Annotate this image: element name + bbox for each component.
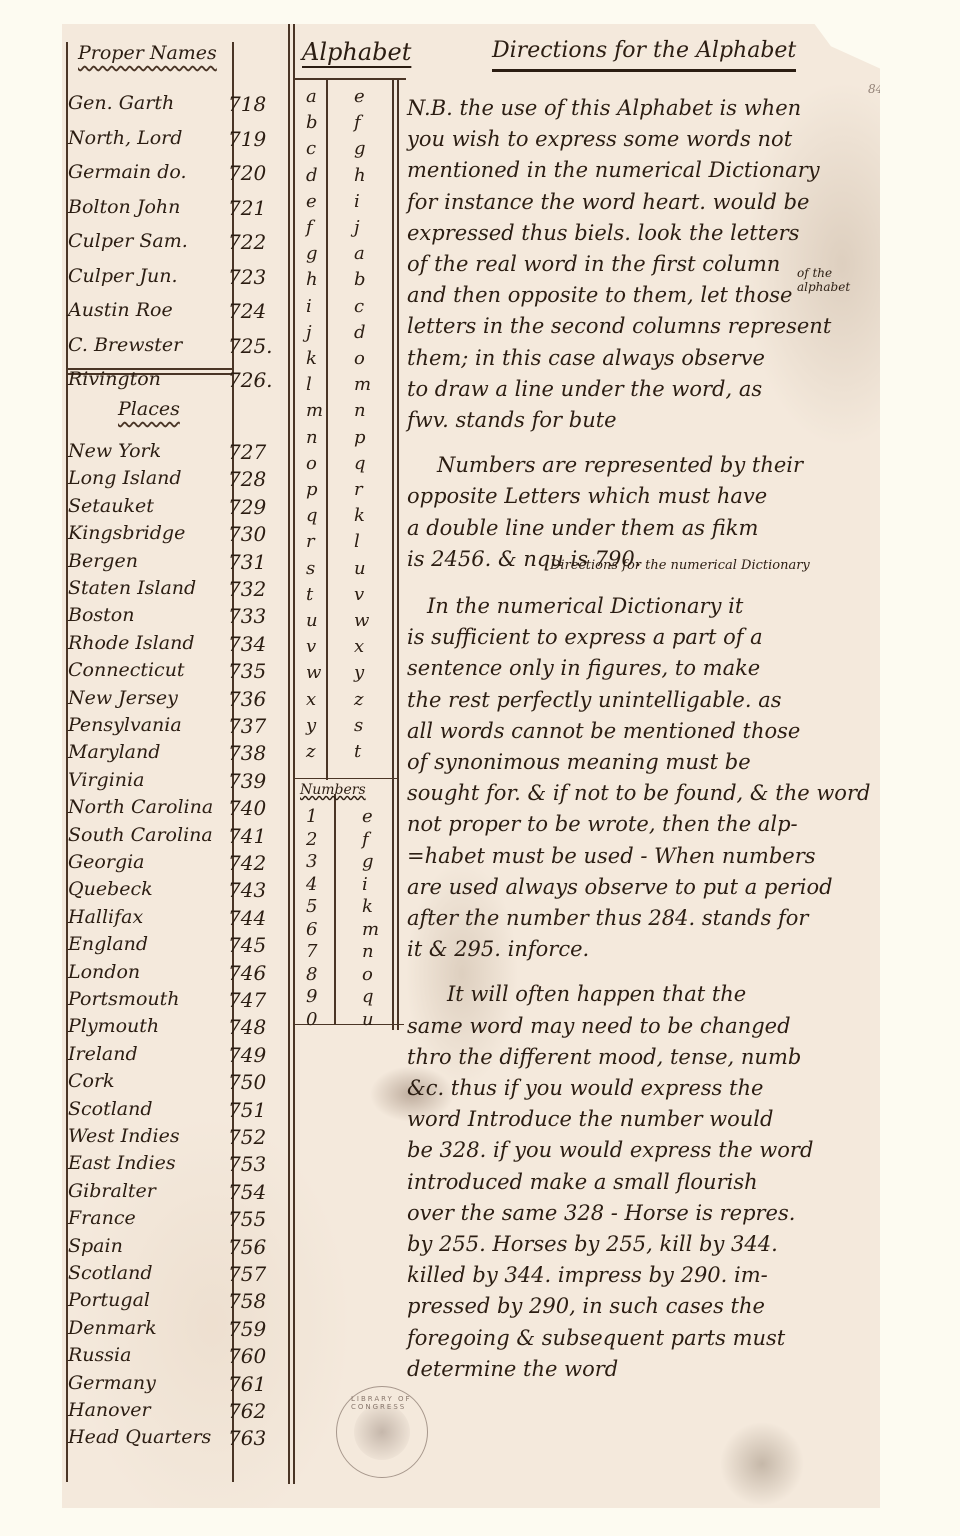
cipher-letter: j	[354, 217, 360, 238]
list-item: Quebeck743	[68, 880, 288, 899]
list-item: Long Island728	[68, 469, 288, 488]
entry-name: Culper Sam.	[68, 230, 188, 252]
list-item: South Carolina741	[68, 826, 288, 845]
plain-letter: c	[306, 138, 316, 159]
entry-number: 742	[228, 853, 266, 873]
folio-mark: 842	[868, 82, 891, 96]
entry-name: Russia	[68, 1344, 131, 1366]
insert-of-the-alphabet: of the alphabet	[797, 266, 880, 294]
digit: 2	[306, 829, 317, 850]
plain-letter: k	[306, 348, 317, 369]
entry-number: 738	[228, 743, 266, 763]
entry-number: 756	[228, 1237, 266, 1257]
entry-number: 763	[228, 1428, 266, 1448]
digit: 1	[306, 806, 317, 827]
entry-number: 748	[228, 1017, 266, 1037]
entry-number: 722	[228, 232, 266, 252]
eagle-emblem-icon	[354, 1404, 410, 1460]
directions-line: pressed by 290, in such cases the	[407, 1294, 765, 1318]
directions-line: fwv. stands for bute	[407, 408, 617, 432]
entry-name: Kingsbridge	[68, 522, 185, 544]
entry-name: Portugal	[68, 1289, 150, 1311]
entry-number: 719	[228, 129, 266, 149]
digit: 4	[306, 874, 317, 895]
entry-name: East Indies	[68, 1152, 176, 1174]
cipher-letter: v	[354, 584, 364, 605]
entry-name: Ireland	[68, 1043, 138, 1065]
manuscript-page: Proper Names Gen. Garth718North, Lord719…	[62, 24, 880, 1508]
plain-letter: l	[306, 374, 312, 395]
directions-line: sentence only in figures, to make	[407, 656, 760, 680]
library-of-congress-stamp: LIBRARY OF CONGRESS	[336, 1386, 428, 1478]
entry-name: Long Island	[68, 467, 182, 489]
plain-letter: d	[306, 165, 318, 186]
directions-line: are used always observe to put a period	[407, 875, 833, 899]
entry-number: 721	[228, 198, 266, 218]
directions-line: of synonimous meaning must be	[407, 750, 751, 774]
plain-letter: t	[306, 584, 313, 605]
cipher-letter: k	[354, 505, 365, 526]
entry-number: 741	[228, 826, 266, 846]
list-item: Hanover762	[68, 1401, 288, 1420]
entry-number: 733	[228, 606, 266, 626]
entry-name: Boston	[68, 604, 134, 626]
entry-number: 739	[228, 771, 266, 791]
directions-line: It will often happen that the	[447, 982, 746, 1006]
directions-line: Numbers are represented by their	[437, 453, 803, 477]
digit-cipher-letter: q	[362, 986, 374, 1007]
entry-name: Bergen	[68, 550, 138, 572]
digit: 9	[306, 986, 317, 1007]
alphabet-right-rule-2	[397, 80, 399, 1030]
directions-line: opposite Letters which must have	[407, 484, 767, 508]
entry-name: North, Lord	[68, 127, 182, 149]
list-item: Culper Sam.722	[68, 232, 288, 251]
list-item: Scotland757	[68, 1264, 288, 1283]
cipher-letter: a	[354, 243, 365, 264]
cipher-letter: e	[354, 86, 365, 107]
entry-number: 746	[228, 963, 266, 983]
directions-line: foregoing & subsequent parts must	[407, 1326, 785, 1350]
directions-line: =habet must be used - When numbers	[407, 844, 816, 868]
directions-line: all words cannot be mentioned those	[407, 719, 800, 743]
entry-name: New York	[68, 440, 161, 462]
entry-number: 758	[228, 1291, 266, 1311]
entry-number: 723	[228, 267, 266, 287]
number-column-right-rule-2	[293, 24, 295, 1484]
cipher-letter: t	[354, 741, 361, 762]
list-item: Russia760	[68, 1346, 288, 1365]
entry-name: England	[68, 933, 148, 955]
directions-line: after the number thus 284. stands for	[407, 906, 808, 930]
numbers-divider	[334, 794, 336, 1024]
entry-number: 718	[228, 94, 266, 114]
stamp-text: LIBRARY OF CONGRESS	[351, 1395, 427, 1411]
entry-number: 729	[228, 497, 266, 517]
directions-line: it & 295. inforce.	[407, 937, 589, 961]
entry-number: 757	[228, 1264, 266, 1284]
plain-letter: x	[306, 689, 316, 710]
list-item: Connecticut735	[68, 661, 288, 680]
cipher-letter: o	[354, 348, 365, 369]
entry-name: Spain	[68, 1235, 123, 1257]
plain-letter: r	[306, 531, 315, 552]
entry-number: 725.	[228, 336, 273, 356]
plain-letter: z	[306, 741, 315, 762]
list-item: Staten Island732	[68, 579, 288, 598]
cipher-letter: l	[354, 531, 360, 552]
places-heading: Places	[118, 398, 180, 420]
entry-name: Hallifax	[68, 906, 143, 928]
entry-name: Scotland	[68, 1098, 153, 1120]
plain-letter: e	[306, 191, 317, 212]
entry-name: South Carolina	[68, 824, 213, 846]
plain-letter: n	[306, 427, 318, 448]
directions-line: them; in this case always observe	[407, 346, 765, 370]
entry-number: 724	[228, 301, 266, 321]
entry-name: Culper Jun.	[68, 265, 178, 287]
list-item: East Indies753	[68, 1154, 288, 1173]
plain-letter: g	[306, 243, 318, 264]
digit: 3	[306, 851, 317, 872]
plain-letter: j	[306, 322, 312, 343]
directions-line: for instance the word heart. would be	[407, 190, 810, 214]
digit-cipher-letter: u	[362, 1009, 374, 1030]
list-item: West Indies752	[68, 1127, 288, 1146]
list-item: France755	[68, 1209, 288, 1228]
list-item: Bergen731	[68, 552, 288, 571]
number-column-right-rule	[288, 24, 290, 1484]
list-item: Germain do.720	[68, 163, 288, 182]
directions-line: and then opposite to them, let those	[407, 283, 792, 307]
entry-name: Germany	[68, 1372, 156, 1394]
digit-cipher-letter: o	[362, 964, 373, 985]
directions-line: &c. thus if you would express the	[407, 1076, 763, 1100]
entry-number: 762	[228, 1401, 266, 1421]
entry-number: 755	[228, 1209, 266, 1229]
list-item: Pensylvania737	[68, 716, 288, 735]
entry-name: New Jersey	[68, 687, 178, 709]
entry-name: Gen. Garth	[68, 92, 174, 114]
entry-name: Denmark	[68, 1317, 157, 1339]
digit-cipher-letter: f	[362, 829, 369, 850]
digit-cipher-letter: g	[362, 851, 374, 872]
plain-letter: q	[306, 505, 318, 526]
entry-name: Head Quarters	[68, 1426, 211, 1448]
list-item: Hallifax744	[68, 908, 288, 927]
list-item: England745	[68, 935, 288, 954]
plain-letter: i	[306, 296, 312, 317]
entry-name: West Indies	[68, 1125, 180, 1147]
cipher-letter: p	[354, 427, 366, 448]
entry-name: Staten Island	[68, 577, 196, 599]
entry-name: London	[68, 961, 140, 983]
plain-letter: b	[306, 112, 318, 133]
digit-cipher-letter: n	[362, 941, 374, 962]
list-item: London746	[68, 963, 288, 982]
entry-number: 735	[228, 661, 266, 681]
entry-name: Austin Roe	[68, 299, 173, 321]
cipher-letter: r	[354, 479, 363, 500]
entry-number: 730	[228, 524, 266, 544]
entry-name: Germain do.	[68, 161, 187, 183]
entry-name: Virginia	[68, 769, 144, 791]
plain-letter: y	[306, 715, 316, 736]
numbers-heading: Numbers	[300, 782, 366, 798]
entry-name: Rhode Island	[68, 632, 195, 654]
directions-line: not proper to be wrote, then the alp-	[407, 812, 798, 836]
digit-cipher-letter: i	[362, 874, 368, 895]
cipher-letter: w	[354, 610, 369, 631]
cipher-letter: b	[354, 269, 366, 290]
entry-number: 740	[228, 798, 266, 818]
entry-number: 731	[228, 552, 266, 572]
plain-letter: m	[306, 400, 323, 421]
plain-letter: w	[306, 662, 321, 683]
entry-name: Gibralter	[68, 1180, 156, 1202]
plain-letter: u	[306, 610, 318, 631]
plain-letter: v	[306, 636, 316, 657]
list-item: C. Brewster725.	[68, 336, 288, 355]
cipher-letter: s	[354, 715, 363, 736]
list-item: New Jersey736	[68, 689, 288, 708]
entry-number: 732	[228, 579, 266, 599]
list-item: Culper Jun.723	[68, 267, 288, 286]
cipher-letter: n	[354, 400, 366, 421]
entry-number: 743	[228, 880, 266, 900]
directions-line: a double line under them as fikm	[407, 516, 758, 540]
entry-number: 751	[228, 1100, 266, 1120]
entry-number: 759	[228, 1319, 266, 1339]
alphabet-heading: Alphabet	[302, 38, 411, 66]
cipher-letter: c	[354, 296, 364, 317]
plain-letter: a	[306, 86, 317, 107]
directions-line: you wish to express some words not	[407, 127, 792, 151]
entry-number: 745	[228, 935, 266, 955]
list-item: Scotland751	[68, 1100, 288, 1119]
alphabet-heading-rule	[294, 78, 406, 80]
directions-line: the rest perfectly unintelligable. as	[407, 688, 782, 712]
directions-line: expressed thus biels. look the letters	[407, 221, 799, 245]
cipher-letter: d	[354, 322, 366, 343]
list-item: New York727	[68, 442, 288, 461]
entry-name: Setauket	[68, 495, 154, 517]
list-item: North Carolina740	[68, 798, 288, 817]
list-item: Virginia739	[68, 771, 288, 790]
list-item: Rivington726.	[68, 370, 288, 389]
cipher-letter: x	[354, 636, 364, 657]
entry-number: 747	[228, 990, 266, 1010]
list-item: Portugal758	[68, 1291, 288, 1310]
entry-name: Scotland	[68, 1262, 153, 1284]
entry-name: Maryland	[68, 741, 160, 763]
entry-name: Portsmouth	[68, 988, 180, 1010]
plain-letter: s	[306, 558, 315, 579]
proper-names-heading: Proper Names	[78, 42, 217, 64]
digit: 6	[306, 919, 317, 940]
list-item: Spain756	[68, 1237, 288, 1256]
list-item: Gibralter754	[68, 1182, 288, 1201]
directions-line: sought for. & if not to be found, & the …	[407, 781, 870, 805]
list-item: Germany761	[68, 1374, 288, 1393]
list-item: Head Quarters763	[68, 1428, 288, 1447]
cipher-letter: z	[354, 689, 363, 710]
directions-line: word Introduce the number would	[407, 1107, 773, 1131]
list-item: Portsmouth747	[68, 990, 288, 1009]
cipher-letter: g	[354, 138, 366, 159]
list-item: Kingsbridge730	[68, 524, 288, 543]
directions-line: same word may need to be changed	[407, 1014, 791, 1038]
digit-cipher-letter: e	[362, 806, 373, 827]
digit-cipher-letter: k	[362, 896, 373, 917]
insert-directions-numerical: Directions for the numerical Dictionary	[550, 558, 810, 573]
directions-line: determine the word	[407, 1357, 618, 1381]
entry-name: North Carolina	[68, 796, 213, 818]
list-item: Gen. Garth718	[68, 94, 288, 113]
entry-number: 736	[228, 689, 266, 709]
plain-letter: h	[306, 269, 318, 290]
cipher-letter: y	[354, 662, 364, 683]
entry-name: Cork	[68, 1070, 115, 1092]
entry-number: 750	[228, 1072, 266, 1092]
cipher-letter: u	[354, 558, 366, 579]
list-item: Cork750	[68, 1072, 288, 1091]
entry-number: 727	[228, 442, 266, 462]
entry-number: 744	[228, 908, 266, 928]
entry-name: Pensylvania	[68, 714, 182, 736]
directions-line: by 255. Horses by 255, kill by 344.	[407, 1232, 778, 1256]
entry-number: 749	[228, 1045, 266, 1065]
list-item: Austin Roe724	[68, 301, 288, 320]
digit: 5	[306, 896, 317, 917]
entry-number: 761	[228, 1374, 266, 1394]
directions-title: Directions for the Alphabet	[492, 38, 796, 72]
entry-name: Hanover	[68, 1399, 151, 1421]
entry-number: 752	[228, 1127, 266, 1147]
entry-number: 760	[228, 1346, 266, 1366]
list-item: Setauket729	[68, 497, 288, 516]
entry-number: 720	[228, 163, 266, 183]
cipher-letter: q	[354, 453, 366, 474]
cipher-letter: m	[354, 374, 371, 395]
list-item: Boston733	[68, 606, 288, 625]
entry-name: Connecticut	[68, 659, 185, 681]
digit: 8	[306, 964, 317, 985]
digit: 7	[306, 941, 317, 962]
cipher-letter: i	[354, 191, 360, 212]
directions-line: letters in the second columns represent	[407, 314, 831, 338]
directions-line: of the real word in the first column	[407, 252, 780, 276]
digit-cipher-letter: m	[362, 919, 379, 940]
list-item: Georgia742	[68, 853, 288, 872]
directions-line: In the numerical Dictionary it	[427, 594, 743, 618]
directions-line: mentioned in the numerical Dictionary	[407, 158, 820, 182]
plain-letter: p	[306, 479, 318, 500]
alphabet-divider	[326, 80, 328, 780]
list-item: Rhode Island734	[68, 634, 288, 653]
directions-line: thro the different mood, tense, numb	[407, 1045, 801, 1069]
entry-name: Georgia	[68, 851, 145, 873]
plain-letter: f	[306, 217, 313, 238]
list-item: Denmark759	[68, 1319, 288, 1338]
list-item: North, Lord719	[68, 129, 288, 148]
alphabet-right-rule	[392, 80, 394, 1030]
entry-number: 728	[228, 469, 266, 489]
plain-letter: o	[306, 453, 317, 474]
list-item: Bolton John721	[68, 198, 288, 217]
directions-line: N.B. the use of this Alphabet is when	[407, 96, 801, 120]
entry-number: 726.	[228, 370, 273, 390]
cipher-letter: f	[354, 112, 361, 133]
directions-line: killed by 344. impress by 290. im-	[407, 1263, 768, 1287]
entry-number: 734	[228, 634, 266, 654]
entry-name: C. Brewster	[68, 334, 182, 356]
list-item: Maryland738	[68, 743, 288, 762]
numbers-heading-rule	[294, 778, 398, 779]
entry-number: 753	[228, 1154, 266, 1174]
entry-name: Rivington	[68, 368, 161, 390]
digit: 0	[306, 1009, 317, 1030]
directions-line: over the same 328 - Horse is repres.	[407, 1201, 795, 1225]
list-item: Ireland749	[68, 1045, 288, 1064]
directions-line: is sufficient to express a part of a	[407, 625, 763, 649]
entry-name: Quebeck	[68, 878, 153, 900]
entry-name: France	[68, 1207, 136, 1229]
entry-number: 737	[228, 716, 266, 736]
entry-name: Plymouth	[68, 1015, 159, 1037]
entry-number: 754	[228, 1182, 266, 1202]
list-item: Plymouth748	[68, 1017, 288, 1036]
directions-line: to draw a line under the word, as	[407, 377, 762, 401]
cipher-letter: h	[354, 165, 366, 186]
entry-name: Bolton John	[68, 196, 180, 218]
directions-line: introduced make a small flourish	[407, 1170, 758, 1194]
directions-line: be 328. if you would express the word	[407, 1138, 813, 1162]
